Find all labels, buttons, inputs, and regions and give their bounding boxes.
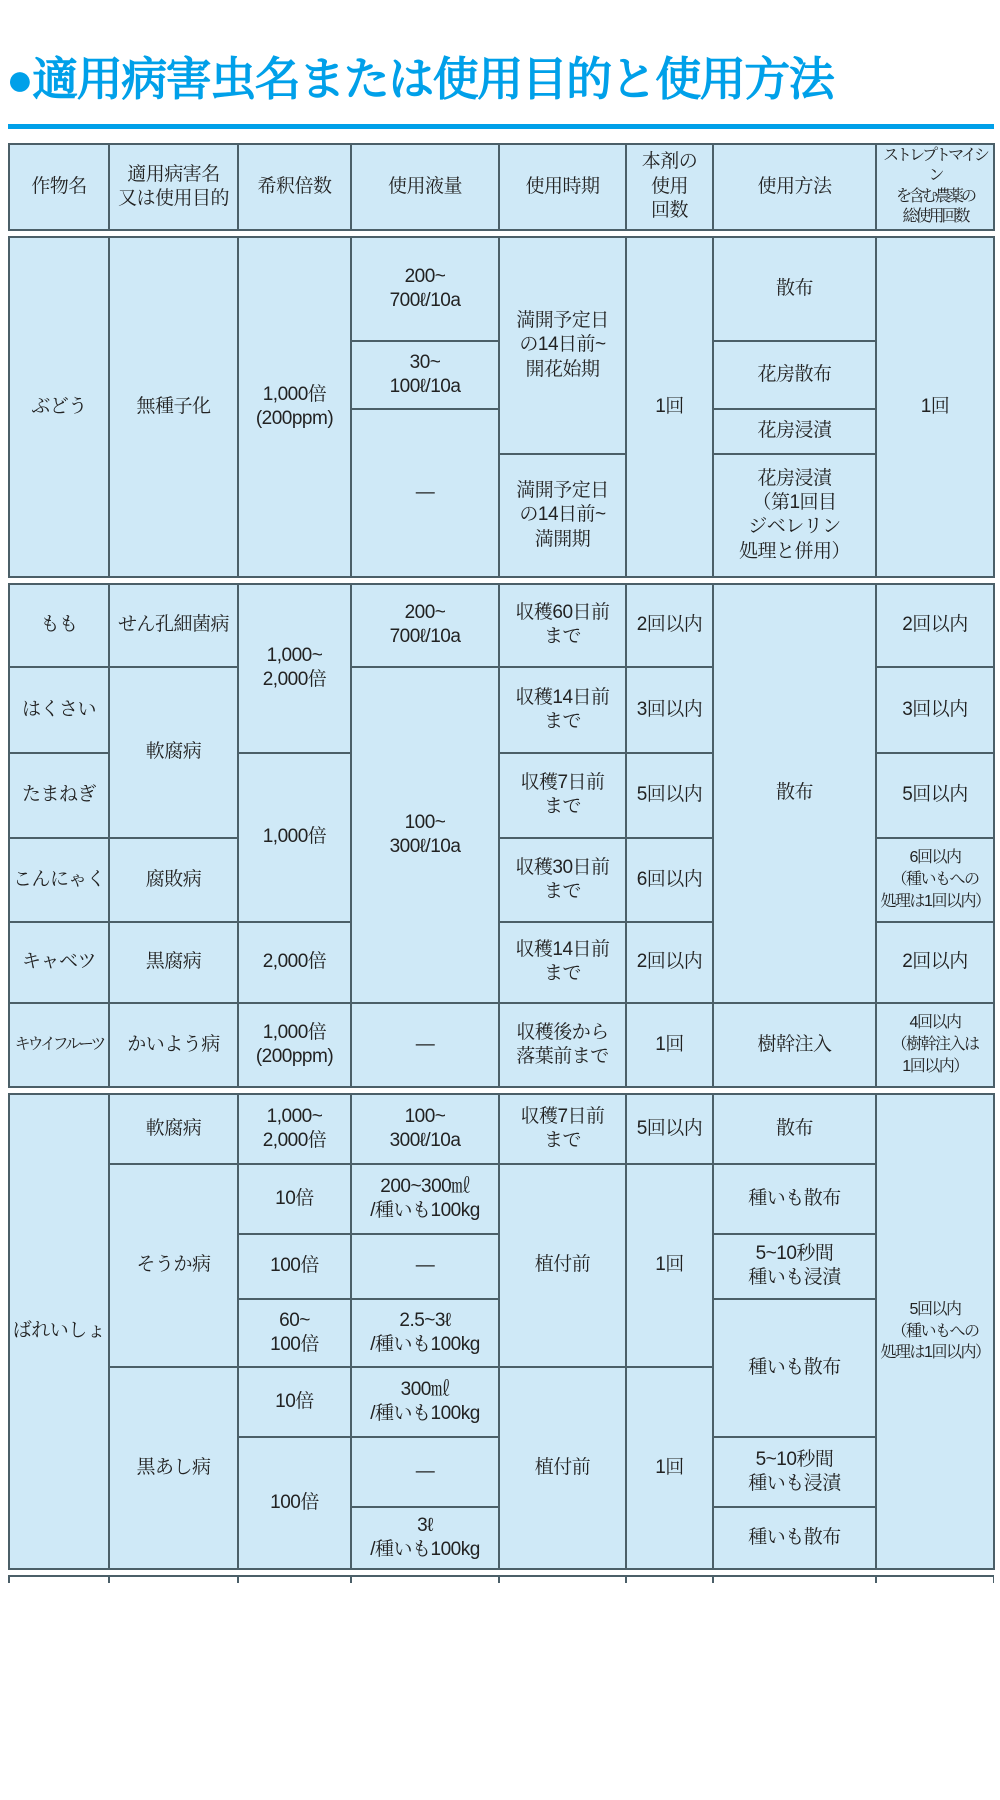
table-cell: — xyxy=(351,409,499,577)
table-cell: 無種子化 xyxy=(109,237,238,577)
table-row xyxy=(9,1576,994,1583)
table-cell: 黒腐病 xyxy=(109,922,238,1003)
table-row: キウイフルーツかいよう病1,000倍 (200ppm)—収穫後から 落葉前まで1… xyxy=(9,1003,994,1087)
table-cell: 収穫7日前 まで xyxy=(499,753,626,838)
table-cell xyxy=(713,1576,876,1583)
section-potato: ばれいしょ軟腐病1,000~ 2,000倍100~ 300ℓ/10a収穫7日前 … xyxy=(8,1093,995,1570)
table-cell: 1,000倍 xyxy=(238,753,351,922)
table-cell xyxy=(9,1576,109,1583)
column-header: 本剤の 使用 回数 xyxy=(626,144,713,230)
table-cell: 6回以内 xyxy=(626,838,713,922)
table-cell: 300㎖ /種いも100kg xyxy=(351,1367,499,1437)
table-cell: キウイフルーツ xyxy=(9,1003,109,1087)
table-cell: 6回以内 （種いもへの 処理は1回以内） xyxy=(876,838,994,922)
table-cell: 100~ 300ℓ/10a xyxy=(351,1094,499,1164)
table-cell: 腐敗病 xyxy=(109,838,238,922)
page-title: ●適用病害虫名または使用目的と使用方法 xyxy=(6,54,833,105)
column-header: 使用液量 xyxy=(351,144,499,230)
table-cell: ぶどう xyxy=(9,237,109,577)
table-cell: 60~ 100倍 xyxy=(238,1299,351,1367)
column-header: ストレプトマイシン を含む農薬の 総使用回数 xyxy=(876,144,994,230)
table-cell: 200~ 700ℓ/10a xyxy=(351,584,499,667)
table-cell: かいよう病 xyxy=(109,1003,238,1087)
table-cell: 1,000~ 2,000倍 xyxy=(238,1094,351,1164)
table-cell: 収穫14日前 まで xyxy=(499,667,626,753)
table-cell: 5回以内 xyxy=(876,753,994,838)
table-cell: ばれいしょ xyxy=(9,1094,109,1569)
table-cell: — xyxy=(351,1003,499,1087)
table-cell: 種いも散布 xyxy=(713,1507,876,1569)
table-cell: 2回以内 xyxy=(876,584,994,667)
table-cell: 収穫60日前 まで xyxy=(499,584,626,667)
table-cell: 3ℓ /種いも100kg xyxy=(351,1507,499,1569)
table-cell: 1,000倍 (200ppm) xyxy=(238,1003,351,1087)
table-cell: 100~ 300ℓ/10a xyxy=(351,667,499,1003)
table-cell: 1回 xyxy=(626,237,713,577)
table-cell: 散布 xyxy=(713,584,876,1003)
table-cell: 30~ 100ℓ/10a xyxy=(351,341,499,409)
table-cell: はくさい xyxy=(9,667,109,753)
table-cell: 200~300㎖ /種いも100kg xyxy=(351,1164,499,1234)
section-grape: ぶどう無種子化1,000倍 (200ppm)200~ 700ℓ/10a満開予定日… xyxy=(8,236,995,578)
table-cell: 1回 xyxy=(626,1164,713,1367)
table-cell: 収穫後から 落葉前まで xyxy=(499,1003,626,1087)
title-underline xyxy=(8,124,994,129)
table-cell: 2回以内 xyxy=(876,922,994,1003)
table-cell: 花房浸漬 （第1回目 ジベレリン 処理と併用） xyxy=(713,454,876,577)
table-header: 作物名適用病害名 又は使用目的希釈倍数使用液量使用時期本剤の 使用 回数使用方法… xyxy=(8,143,995,231)
table-cell xyxy=(876,1576,994,1583)
table-cell: 5~10秒間 種いも浸漬 xyxy=(713,1437,876,1507)
table-cell xyxy=(626,1576,713,1583)
table-cell: こんにゃく xyxy=(9,838,109,922)
table-cell: 花房浸漬 xyxy=(713,409,876,454)
table-cell: 5~10秒間 種いも浸漬 xyxy=(713,1234,876,1299)
table-cell: — xyxy=(351,1234,499,1299)
table-cell: 黒あし病 xyxy=(109,1367,238,1569)
table-cell: 満開予定日 の14日前~ 満開期 xyxy=(499,454,626,577)
table-cell: 収穫7日前 まで xyxy=(499,1094,626,1164)
column-header: 作物名 xyxy=(9,144,109,230)
table-cell: 軟腐病 xyxy=(109,1094,238,1164)
column-header: 希釈倍数 xyxy=(238,144,351,230)
table-cell: 5回以内 xyxy=(626,753,713,838)
table-cell: 1回 xyxy=(876,237,994,577)
table-cell: 2回以内 xyxy=(626,922,713,1003)
table-row: ももせん孔細菌病1,000~ 2,000倍200~ 700ℓ/10a収穫60日前… xyxy=(9,584,994,667)
table-cell xyxy=(238,1576,351,1583)
table-cell: たまねぎ xyxy=(9,753,109,838)
table-cell: 満開予定日 の14日前~ 開花始期 xyxy=(499,237,626,454)
table-cell: 植付前 xyxy=(499,1367,626,1569)
table-cell: 1,000倍 (200ppm) xyxy=(238,237,351,577)
table-cell: 5回以内 xyxy=(626,1094,713,1164)
table-cell: 200~ 700ℓ/10a xyxy=(351,237,499,341)
table-cell: 種いも散布 xyxy=(713,1299,876,1437)
document-page: ●適用病害虫名または使用目的と使用方法 作物名適用病害名 又は使用目的希釈倍数使… xyxy=(0,0,1000,1800)
table-cell: 100倍 xyxy=(238,1234,351,1299)
table-cell: 4回以内 （樹幹注入は 1回以内） xyxy=(876,1003,994,1087)
table-cell: 2回以内 xyxy=(626,584,713,667)
table-cell: キャベツ xyxy=(9,922,109,1003)
table-cell xyxy=(499,1576,626,1583)
table-cell: 2,000倍 xyxy=(238,922,351,1003)
table-cell: 10倍 xyxy=(238,1367,351,1437)
table-cell: 3回以内 xyxy=(626,667,713,753)
table-cell: 種いも散布 xyxy=(713,1164,876,1234)
table-cell xyxy=(351,1576,499,1583)
table-cell: 収穫30日前 まで xyxy=(499,838,626,922)
table-row: そうか病10倍200~300㎖ /種いも100kg植付前1回種いも散布 xyxy=(9,1164,994,1234)
column-header: 使用方法 xyxy=(713,144,876,230)
table-cell xyxy=(109,1576,238,1583)
cropped-next-table xyxy=(8,1575,994,1583)
table-cell: 1回 xyxy=(626,1367,713,1569)
table-cell: 1,000~ 2,000倍 xyxy=(238,584,351,753)
table-cell: もも xyxy=(9,584,109,667)
column-header: 適用病害名 又は使用目的 xyxy=(109,144,238,230)
table-row: ぶどう無種子化1,000倍 (200ppm)200~ 700ℓ/10a満開予定日… xyxy=(9,237,994,341)
table-cell: 樹幹注入 xyxy=(713,1003,876,1087)
table-cell: — xyxy=(351,1437,499,1507)
table-cell: 2.5~3ℓ /種いも100kg xyxy=(351,1299,499,1367)
usage-spec-table: 作物名適用病害名 又は使用目的希釈倍数使用液量使用時期本剤の 使用 回数使用方法… xyxy=(8,143,994,1583)
table-cell: 散布 xyxy=(713,237,876,341)
table-row: ばれいしょ軟腐病1,000~ 2,000倍100~ 300ℓ/10a収穫7日前 … xyxy=(9,1094,994,1164)
table-cell: 5回以内 （種いもへの 処理は1回以内） xyxy=(876,1094,994,1569)
column-header: 使用時期 xyxy=(499,144,626,230)
table-cell: 収穫14日前 まで xyxy=(499,922,626,1003)
table-cell: 1回 xyxy=(626,1003,713,1087)
table-cell: 植付前 xyxy=(499,1164,626,1367)
table-cell: 3回以内 xyxy=(876,667,994,753)
table-cell: せん孔細菌病 xyxy=(109,584,238,667)
next-table-sliver xyxy=(8,1575,994,1583)
table-cell: 花房散布 xyxy=(713,341,876,409)
table-cell: 散布 xyxy=(713,1094,876,1164)
table-row: 作物名適用病害名 又は使用目的希釈倍数使用液量使用時期本剤の 使用 回数使用方法… xyxy=(9,144,994,230)
table-cell: 軟腐病 xyxy=(109,667,238,838)
section-mid-crops: ももせん孔細菌病1,000~ 2,000倍200~ 700ℓ/10a収穫60日前… xyxy=(8,583,995,1088)
table-cell: 100倍 xyxy=(238,1437,351,1569)
table-cell: そうか病 xyxy=(109,1164,238,1367)
table-cell: 10倍 xyxy=(238,1164,351,1234)
